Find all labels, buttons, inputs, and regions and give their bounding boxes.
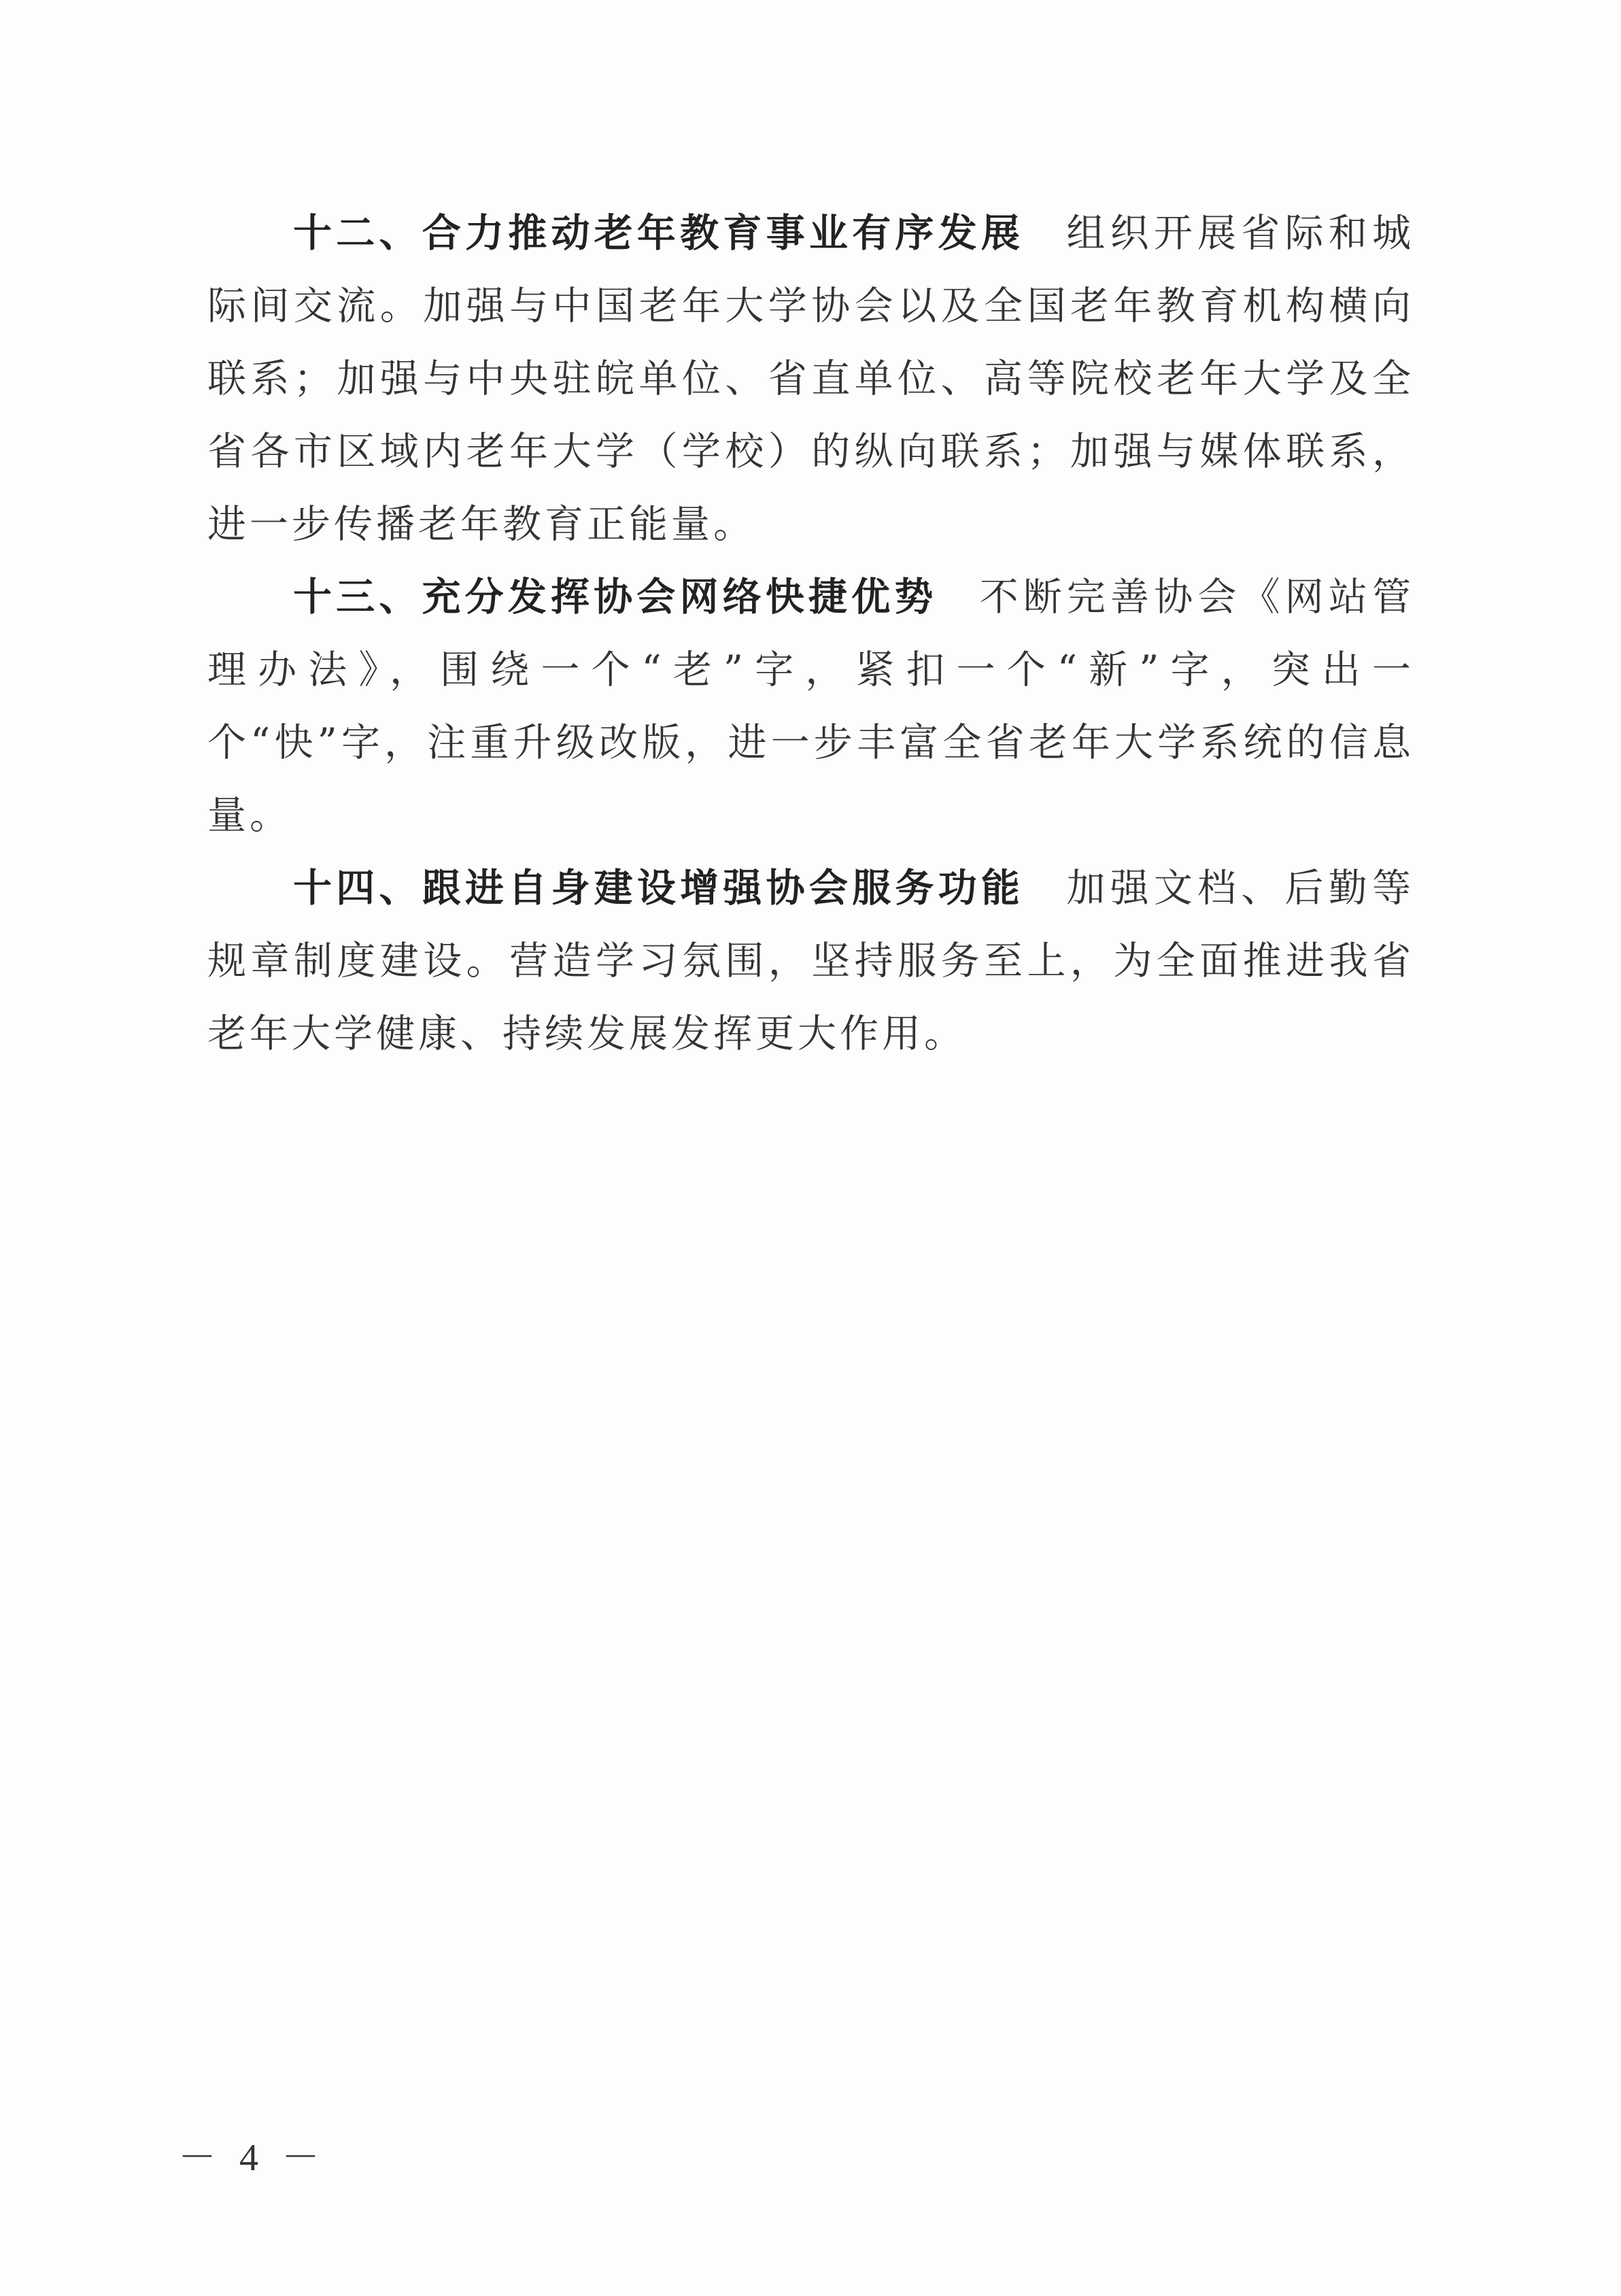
section-heading-13: 十三、充分发挥协会网络快捷优势	[293, 575, 937, 620]
paragraph-12: 十二、合力推动老年教育事业有序发展组织开展省际和城际间交流。加强与中国老年大学协…	[207, 197, 1414, 561]
section-body-12: 组织开展省际和城际间交流。加强与中国老年大学协会以及全国老年教育机构横向联系；加…	[207, 211, 1414, 547]
section-heading-14: 十四、跟进自身建设增强协会服务功能	[293, 866, 1024, 911]
paragraph-14: 十四、跟进自身建设增强协会服务功能加强文档、后勤等规章制度建设。营造学习氛围，坚…	[207, 852, 1414, 1070]
page-number: － 4 －	[178, 2127, 326, 2182]
document-body: 十二、合力推动老年教育事业有序发展组织开展省际和城际间交流。加强与中国老年大学协…	[207, 197, 1414, 1070]
section-heading-12: 十二、合力推动老年教育事业有序发展	[293, 211, 1024, 256]
paragraph-13: 十三、充分发挥协会网络快捷优势不断完善协会《网站管理办法》，围绕一个“老”字，紧…	[207, 561, 1414, 852]
document-page: 十二、合力推动老年教育事业有序发展组织开展省际和城际间交流。加强与中国老年大学协…	[0, 0, 1621, 2296]
